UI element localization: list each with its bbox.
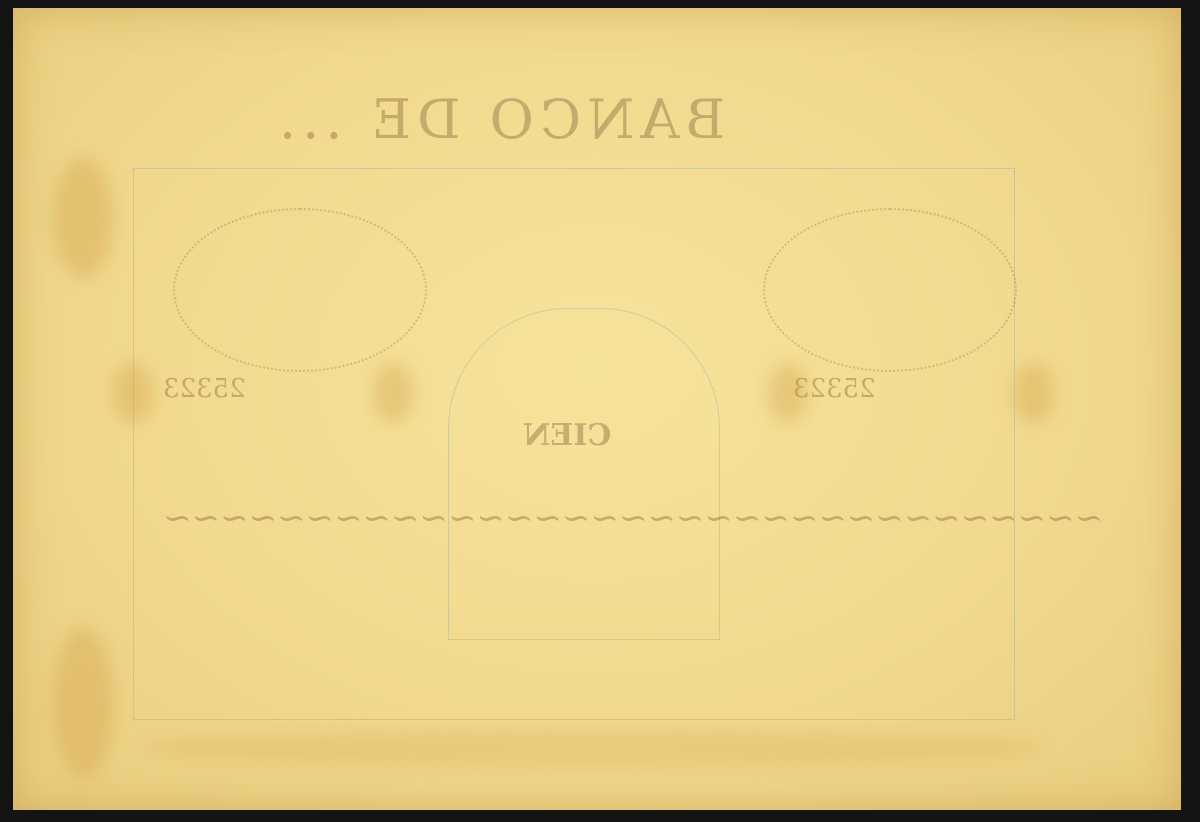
stain — [373, 363, 413, 423]
banknote: BANCO DE ... 25323 25323 CIEN ~~~~~~~~~~… — [13, 8, 1181, 810]
mirrored-serial-left: 25323 — [163, 374, 246, 404]
mirrored-text-line: ~~~~~~~~~~~~~~~~~~~~~~~~~~~~~~~~~ — [163, 498, 1103, 538]
stain — [53, 628, 113, 778]
stain — [143, 728, 1043, 768]
center-panel — [448, 308, 720, 640]
mirrored-denomination: CIEN — [523, 418, 611, 453]
stain — [768, 363, 808, 423]
stain — [1013, 363, 1053, 423]
stain — [113, 363, 153, 423]
stain — [53, 158, 113, 278]
mirrored-title: BANCO DE ... — [273, 88, 725, 151]
left-rosette — [173, 208, 427, 372]
right-rosette — [763, 208, 1017, 372]
